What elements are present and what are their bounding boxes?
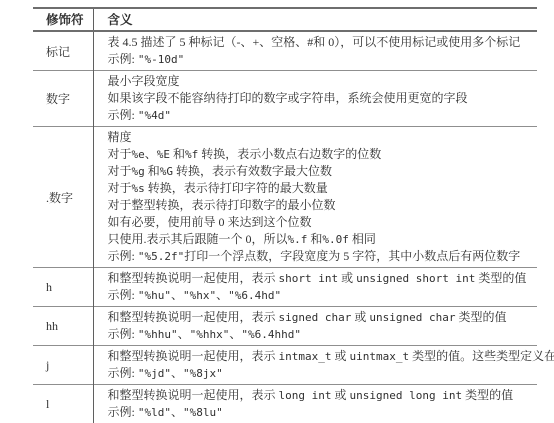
text-span: 、 <box>145 147 157 161</box>
text-span: 如有必要，使用前导 0 来达到这个位数 <box>108 215 312 229</box>
meaning-line: 示例: "%-10d" <box>108 51 538 68</box>
meaning-line: 最小字段宽度 <box>108 73 538 90</box>
text-span: 精度 <box>108 130 132 144</box>
text-span: 如果该字段不能容纳待打印的数字或字符串，系统会使用更宽的字段 <box>108 91 468 105</box>
table-row: l和整型转换说明一起使用，表示 long int 或 unsigned long… <box>33 385 537 401</box>
text-span: 最小字段宽度 <box>108 74 180 88</box>
code-span: "%hx" <box>183 289 216 302</box>
text-span: 表 4.5 描述了 5 种标记（-、+、空格、#和 0），可以不使用标记或使用多… <box>108 35 521 49</box>
modifier-cell: .数字 <box>33 127 93 268</box>
text-span: 和整型转换说明一起使用，表示 <box>108 271 279 285</box>
header-row: 修饰符 含义 <box>33 8 537 31</box>
text-span: 、 <box>229 327 241 341</box>
code-span: "%hhx" <box>190 328 230 341</box>
meaning-cell: 精度对于%e、%E 和%f 转换，表示小数点右边数字的位数对于%g 和%G 转换… <box>93 127 537 268</box>
code-span: "%-10d" <box>138 53 184 66</box>
text-span: 或 <box>332 388 350 400</box>
meaning-line: 精度 <box>108 129 538 146</box>
code-span: %e <box>132 148 145 161</box>
text-span: 或 <box>338 271 356 285</box>
code-span: "%4d" <box>138 109 171 122</box>
table-row: hh和整型转换说明一起使用，表示 signed char 或 unsigned … <box>33 307 537 346</box>
code-span: %.0f <box>322 233 349 246</box>
meaning-cell: 和整型转换说明一起使用，表示 intmax_t 或 uintmax_t 类型的值… <box>93 346 537 385</box>
table-row: j和整型转换说明一起使用，表示 intmax_t 或 uintmax_t 类型的… <box>33 346 537 385</box>
text-span: 类型的值 <box>462 388 513 400</box>
text-span: 类型的值 <box>475 271 526 285</box>
text-span: 、 <box>178 327 190 341</box>
text-span: 类型的值 <box>455 310 506 324</box>
text-span: 转换，表示待打印字符的最大数量 <box>145 181 328 195</box>
code-span: unsigned short int <box>356 272 475 285</box>
meaning-cell: 和整型转换说明一起使用，表示 long int 或 unsigned long … <box>93 385 537 401</box>
meaning-line: 对于整型转换，表示待打印数字的最小位数 <box>108 197 538 214</box>
code-span: "%hu" <box>138 289 171 302</box>
code-span: %G <box>160 165 173 178</box>
text-span: 示例: <box>108 249 138 263</box>
text-span: 和整型转换说明一起使用，表示 <box>108 388 279 400</box>
meaning-line: 如有必要，使用前导 0 来达到这个位数 <box>108 214 538 231</box>
meaning-line: 示例: "%5.2f"打印一个浮点数，字段宽度为 5 字符，其中小数点后有两位数… <box>108 248 538 265</box>
table-row: h和整型转换说明一起使用，表示 short int 或 unsigned sho… <box>33 268 537 307</box>
table-row: 标记表 4.5 描述了 5 种标记（-、+、空格、#和 0），可以不使用标记或使… <box>33 31 537 71</box>
meaning-line: 对于%e、%E 和%f 转换，表示小数点右边数字的位数 <box>108 146 538 163</box>
code-span: uintmax_t <box>350 350 410 363</box>
meaning-line: 和整型转换说明一起使用，表示 long int 或 unsigned long … <box>108 387 538 400</box>
meaning-cell: 和整型转换说明一起使用，表示 signed char 或 unsigned ch… <box>93 307 537 346</box>
code-span: %f <box>185 148 198 161</box>
table-row: 数字最小字段宽度如果该字段不能容纳待打印的数字或字符串，系统会使用更宽的字段示例… <box>33 71 537 127</box>
code-span: "%hhu" <box>138 328 178 341</box>
text-span: 和整型转换说明一起使用，表示 <box>108 349 279 363</box>
text-span: 对于整型转换，表示待打印数字的最小位数 <box>108 198 336 212</box>
meaning-line: 对于%s 转换，表示待打印字符的最大数量 <box>108 180 538 197</box>
code-span: %s <box>132 182 145 195</box>
modifier-cell: l <box>33 385 93 401</box>
text-span: 转换，表示小数点右边数字的位数 <box>198 147 381 161</box>
modifier-cell: 标记 <box>33 31 93 71</box>
text-span: 打印一个浮点数，字段宽度为 5 字符，其中小数点后有两位数字 <box>184 249 520 263</box>
table-header: 修饰符 含义 <box>33 8 537 31</box>
code-span: "%6.4hd" <box>228 289 281 302</box>
text-span: 、 <box>216 288 228 302</box>
code-span: "%jd" <box>138 367 171 380</box>
meaning-line: 示例: "%jd"、"%8jx" <box>108 365 538 382</box>
code-span: long int <box>279 389 332 400</box>
meaning-line: 示例: "%hu"、"%hx"、"%6.4hd" <box>108 287 538 304</box>
text-span: 和 <box>170 147 185 161</box>
code-span: "%8jx" <box>183 367 223 380</box>
meaning-line: 和整型转换说明一起使用，表示 short int 或 unsigned shor… <box>108 270 538 287</box>
code-span: "%6.4hhd" <box>241 328 301 341</box>
text-span: 示例: <box>108 327 138 341</box>
modifier-cell: 数字 <box>33 71 93 127</box>
table-body: 标记表 4.5 描述了 5 种标记（-、+、空格、#和 0），可以不使用标记或使… <box>33 31 537 400</box>
text-span: 只使用.表示其后跟随一个 0，所以 <box>108 232 288 246</box>
code-span: %E <box>157 148 170 161</box>
text-span: 或 <box>351 310 369 324</box>
text-span: 对于 <box>108 181 132 195</box>
header-cell-modifier: 修饰符 <box>33 8 93 31</box>
text-span: 和 <box>307 232 322 246</box>
code-span: %.f <box>288 233 308 246</box>
modifier-cell: hh <box>33 307 93 346</box>
text-span: 对于 <box>108 164 132 178</box>
text-span: 、 <box>171 288 183 302</box>
text-span: 示例: <box>108 366 138 380</box>
text-span: 或 <box>332 349 350 363</box>
meaning-line: 和整型转换说明一起使用，表示 intmax_t 或 uintmax_t 类型的值… <box>108 348 538 365</box>
meaning-line: 如果该字段不能容纳待打印的数字或字符串，系统会使用更宽的字段 <box>108 90 538 107</box>
text-span: 对于 <box>108 147 132 161</box>
code-span: unsigned long int <box>350 389 463 400</box>
meaning-line: 和整型转换说明一起使用，表示 signed char 或 unsigned ch… <box>108 309 538 326</box>
code-span: "%5.2f" <box>138 250 184 263</box>
text-span: 示例: <box>108 52 138 66</box>
header-cell-meaning: 含义 <box>93 8 537 31</box>
book-page: 修饰符 含义 标记表 4.5 描述了 5 种标记（-、+、空格、#和 0），可以… <box>0 0 554 400</box>
meaning-cell: 和整型转换说明一起使用，表示 short int 或 unsigned shor… <box>93 268 537 307</box>
meaning-line: 对于%g 和%G 转换，表示有效数字最大位数 <box>108 163 538 180</box>
text-span: 转换，表示有效数字最大位数 <box>173 164 332 178</box>
meaning-line: 表 4.5 描述了 5 种标记（-、+、空格、#和 0），可以不使用标记或使用多… <box>108 34 538 51</box>
text-span: 类型的值。这些类型定义在 <box>409 349 554 363</box>
modifier-cell: h <box>33 268 93 307</box>
printf-modifier-table: 修饰符 含义 标记表 4.5 描述了 5 种标记（-、+、空格、#和 0），可以… <box>33 7 537 400</box>
text-span: 相同 <box>349 232 376 246</box>
meaning-cell: 表 4.5 描述了 5 种标记（-、+、空格、#和 0），可以不使用标记或使用多… <box>93 31 537 71</box>
text-span: 示例: <box>108 108 138 122</box>
text-span: 和整型转换说明一起使用，表示 <box>108 310 279 324</box>
text-span: 、 <box>171 366 183 380</box>
meaning-cell: 最小字段宽度如果该字段不能容纳待打印的数字或字符串，系统会使用更宽的字段示例: … <box>93 71 537 127</box>
modifier-cell: j <box>33 346 93 385</box>
code-span: intmax_t <box>279 350 332 363</box>
meaning-line: 示例: "%4d" <box>108 107 538 124</box>
text-span: 和 <box>145 164 160 178</box>
meaning-line: 只使用.表示其后跟随一个 0，所以%.f 和%.0f 相同 <box>108 231 538 248</box>
code-span: signed char <box>279 311 352 324</box>
text-span: 示例: <box>108 288 138 302</box>
code-span: short int <box>279 272 339 285</box>
code-span: unsigned char <box>369 311 455 324</box>
meaning-line: 示例: "%hhu"、"%hhx"、"%6.4hhd" <box>108 326 538 343</box>
code-span: %g <box>132 165 145 178</box>
table-row: .数字精度对于%e、%E 和%f 转换，表示小数点右边数字的位数对于%g 和%G… <box>33 127 537 268</box>
